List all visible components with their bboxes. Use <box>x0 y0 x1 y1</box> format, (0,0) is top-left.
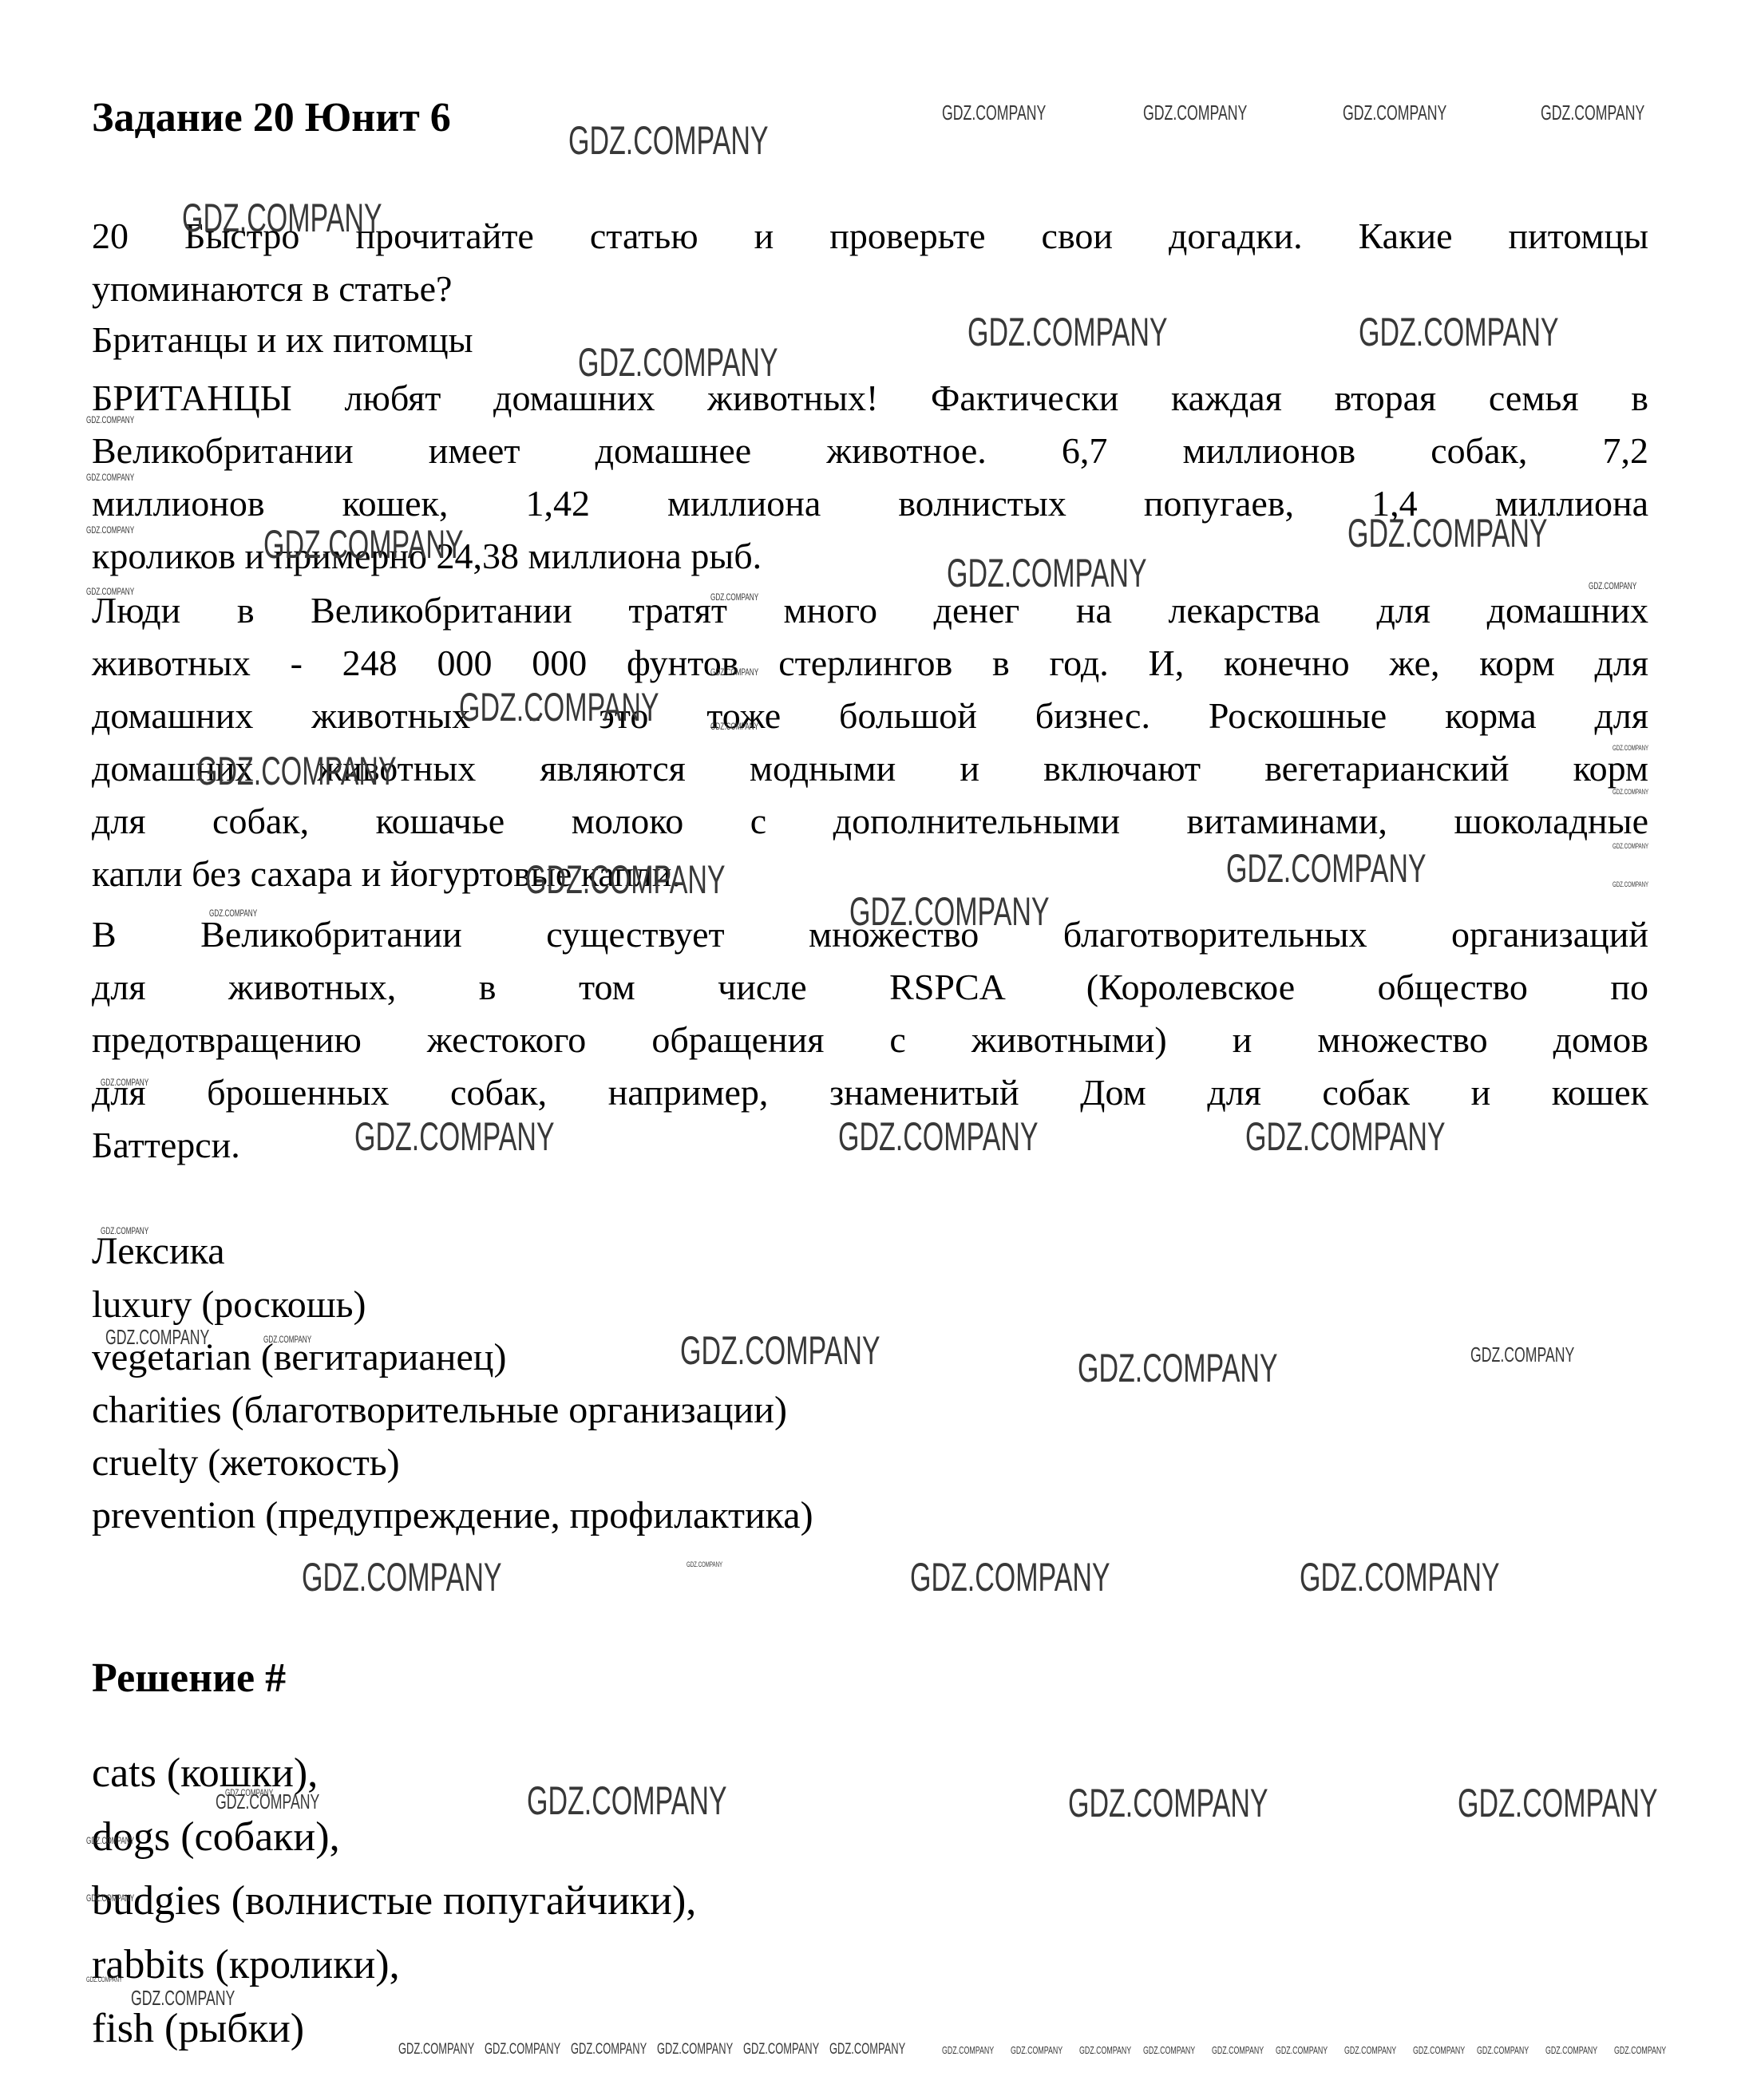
watermark-text: GDZ.COMPANY <box>942 102 1046 124</box>
watermark-text: GDZ.COMPANY <box>1068 1782 1268 1825</box>
watermark-text: GDZ.COMPANY <box>86 415 134 425</box>
watermark-text: GDZ.COMPANY <box>1614 2045 1666 2056</box>
watermark-text: GDZ.COMPANY <box>1613 881 1648 888</box>
watermark-text: GDZ.COMPANY <box>942 2045 994 2056</box>
watermark-text: GDZ.COMPANY <box>86 587 134 597</box>
watermark-text: GDZ.COMPANY <box>1545 2045 1597 2056</box>
watermark-text: GDZ.COMPANY <box>1078 1347 1278 1390</box>
watermark-text: GDZ.COMPANY <box>829 2042 905 2058</box>
article-paragraph-2-line: Люди в Великобритании тратят много денег… <box>92 584 1648 637</box>
task-instruction-line: упоминаются в статье? <box>92 263 1648 315</box>
watermark-text: GDZ.COMPANY <box>86 525 134 536</box>
watermark-text: GDZ.COMPANY <box>947 552 1147 595</box>
watermark-text: GDZ.COMPANY <box>710 592 758 603</box>
watermark-text: GDZ.COMPANY <box>1226 848 1427 890</box>
vocabulary-list-line: prevention (предупреждение, профилактика… <box>92 1489 1648 1542</box>
vocabulary-list-line: luxury (роскошь) <box>92 1279 1648 1331</box>
watermark-text: GDZ.COMPANY <box>485 2042 560 2058</box>
article-paragraph-2-line: животных - 248 000 000 фунтов стерлингов… <box>92 637 1648 690</box>
watermark-text: GDZ.COMPANY <box>105 1327 209 1348</box>
watermark-text: GDZ.COMPANY <box>459 686 659 729</box>
watermark-text: GDZ.COMPANY <box>1212 2045 1264 2056</box>
watermark-text: GDZ.COMPANY <box>687 1561 722 1568</box>
watermark-text: GDZ.COMPANY <box>1079 2045 1131 2056</box>
watermark-text: GDZ.COMPANY <box>1143 2045 1195 2056</box>
watermark-text: GDZ.COMPANY <box>182 197 382 239</box>
watermark-text: GDZ.COMPANY <box>1613 745 1648 752</box>
vocabulary-heading: Лексика <box>92 1225 1648 1278</box>
watermark-text: GDZ.COMPANY <box>657 2042 733 2058</box>
watermark-text: GDZ.COMPANY <box>1143 102 1247 124</box>
watermark-text: GDZ.COMPANY <box>1276 2045 1328 2056</box>
article-paragraph-3-line: для животных, в том числе RSPCA (Королев… <box>92 961 1648 1014</box>
solution-list: cats (кошки),dogs (собаки),budgies (волн… <box>92 1742 1648 2061</box>
watermark-text: GDZ.COMPANY <box>968 311 1168 354</box>
watermark-text: GDZ.COMPANY <box>101 1078 148 1088</box>
solution-heading: Решение # <box>92 1653 1648 1704</box>
watermark-text: GDZ.COMPANY <box>710 722 758 732</box>
watermark-text: GDZ.COMPANY <box>568 120 769 162</box>
watermark-text: GDZ.COMPANY <box>196 750 397 793</box>
article-paragraph-2-line: домашних животных - это тоже большой биз… <box>92 690 1648 742</box>
watermark-text: GDZ.COMPANY <box>525 859 726 901</box>
watermark-text: GDZ.COMPANY <box>1541 102 1644 124</box>
watermark-text: GDZ.COMPANY <box>1613 843 1648 850</box>
watermark-text: GDZ.COMPANY <box>527 1780 727 1822</box>
vocabulary-list-line: charities (благотворительные организации… <box>92 1384 1648 1437</box>
watermark-text: GDZ.COMPANY <box>86 1976 122 1983</box>
watermark-text: GDZ.COMPANY <box>1589 581 1636 591</box>
article-paragraph-3-line: предотвращению жестокого обращения с жив… <box>92 1014 1648 1066</box>
watermark-text: GDZ.COMPANY <box>1458 1782 1658 1825</box>
watermark-text: GDZ.COMPANY <box>1613 789 1648 796</box>
watermark-text: GDZ.COMPANY <box>1245 1116 1446 1158</box>
watermark-text: GDZ.COMPANY <box>578 342 778 384</box>
solution-list-line: budgies (волнистые попугайчики), <box>92 1869 1648 1933</box>
watermark-text: GDZ.COMPANY <box>209 908 257 919</box>
watermark-text: GDZ.COMPANY <box>1343 102 1446 124</box>
vocabulary-list-line: cruelty (жетокость) <box>92 1437 1648 1489</box>
solution-list-line: dogs (собаки), <box>92 1805 1648 1869</box>
vocabulary-list: luxury (роскошь)vegetarian (вегитарианец… <box>92 1279 1648 1542</box>
watermark-text: GDZ.COMPANY <box>101 1226 148 1236</box>
article-paragraph-3-line: для брошенных собак, например, знамениты… <box>92 1066 1648 1119</box>
watermark-text: GDZ.COMPANY <box>710 667 758 678</box>
watermark-text: GDZ.COMPANY <box>354 1116 555 1158</box>
watermark-text: GDZ.COMPANY <box>263 524 464 566</box>
solution-list-line: rabbits (кролики), <box>92 1933 1648 1997</box>
article-paragraph-1-line: Великобритании имеет домашнее животное. … <box>92 425 1648 477</box>
solution-list-line: cats (кошки), <box>92 1742 1648 1805</box>
vocabulary-heading-line: Лексика <box>92 1225 1648 1278</box>
article-paragraph-1-line: БРИТАНЦЫ любят домашних животных! Фактич… <box>92 372 1648 425</box>
watermark-text: GDZ.COMPANY <box>86 473 134 483</box>
watermark-text: GDZ.COMPANY <box>86 1893 134 1904</box>
watermark-text: GDZ.COMPANY <box>680 1330 880 1372</box>
watermark-text: GDZ.COMPANY <box>1347 512 1548 555</box>
watermark-text: GDZ.COMPANY <box>1011 2045 1062 2056</box>
watermark-text: GDZ.COMPANY <box>1477 2045 1529 2056</box>
watermark-text: GDZ.COMPANY <box>838 1116 1039 1158</box>
watermark-text: GDZ.COMPANY <box>1300 1556 1500 1599</box>
watermark-text: GDZ.COMPANY <box>86 1836 134 1846</box>
article-paragraph-2-line: для собак, кошачье молоко с дополнительн… <box>92 795 1648 848</box>
watermark-text: GDZ.COMPANY <box>302 1556 502 1599</box>
watermark-text: GDZ.COMPANY <box>263 1335 311 1345</box>
watermark-text: GDZ.COMPANY <box>571 2042 647 2058</box>
watermark-text: GDZ.COMPANY <box>849 891 1050 933</box>
watermark-text: GDZ.COMPANY <box>1413 2045 1465 2056</box>
document-page: Задание 20 Юнит 620 Быстро прочитайте ст… <box>0 0 1753 2100</box>
watermark-text: GDZ.COMPANY <box>743 2042 819 2058</box>
watermark-text: GDZ.COMPANY <box>1470 1344 1574 1366</box>
watermark-text: GDZ.COMPANY <box>1359 311 1559 354</box>
solution-heading-line: Решение # <box>92 1653 1648 1704</box>
watermark-text: GDZ.COMPANY <box>216 1791 319 1813</box>
watermark-text: GDZ.COMPANY <box>398 2042 474 2058</box>
watermark-text: GDZ.COMPANY <box>1344 2045 1396 2056</box>
watermark-text: GDZ.COMPANY <box>910 1556 1110 1599</box>
watermark-text: GDZ.COMPANY <box>131 1987 235 2009</box>
